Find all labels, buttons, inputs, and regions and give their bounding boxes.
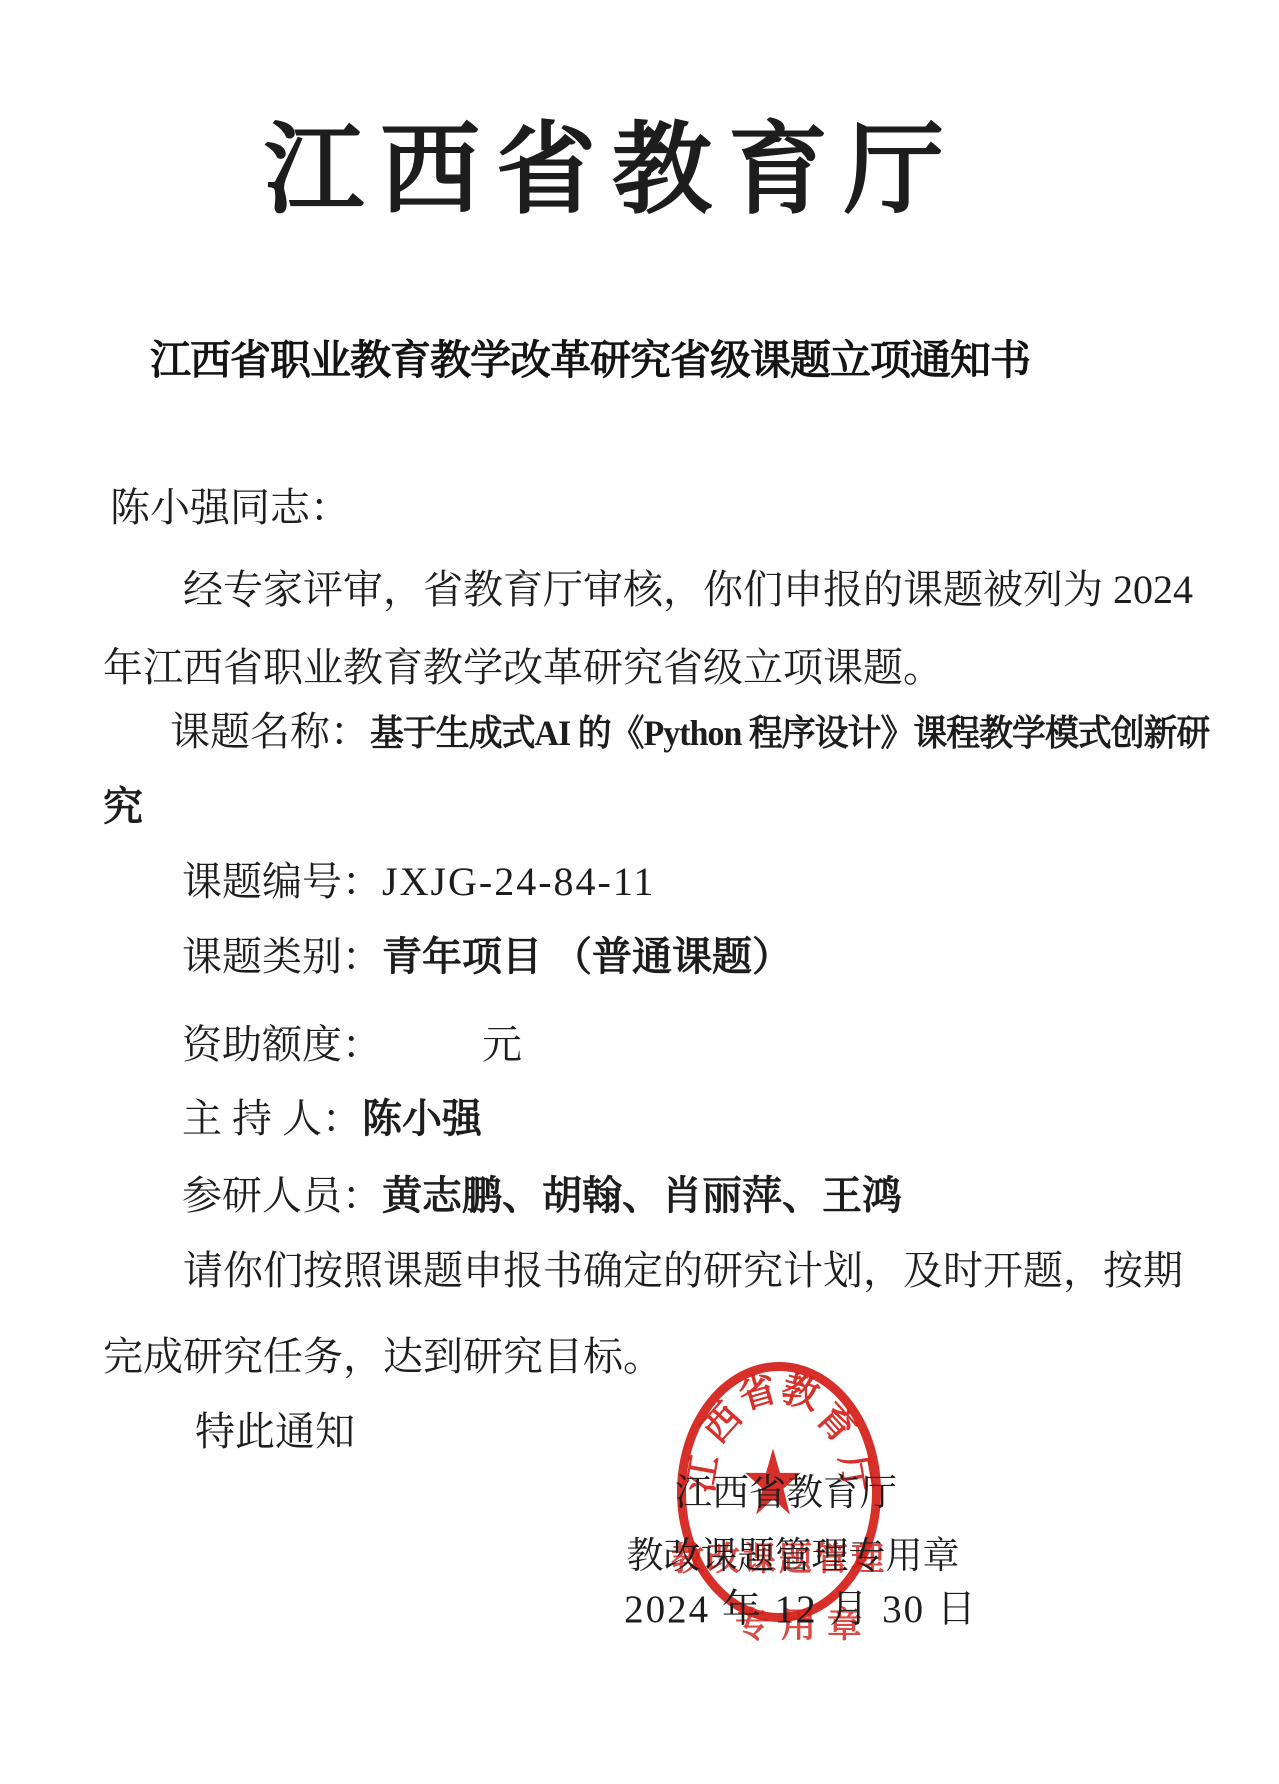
field-topic-value: 基于生成式AI 的《Python 程序设计》课程教学模式创新研 [370,714,1209,754]
field-leader-label: 主 持 人： [182,1096,362,1141]
field-number-label: 课题编号： [182,859,382,904]
field-funding-label: 资助额度： [182,1022,382,1067]
closing-statement: 特此通知 [195,1410,355,1454]
field-funding: 资助额度：元 [182,1023,522,1067]
field-category: 课题类别：青年项目 （普通课题） [182,935,792,979]
paragraph-1-line-1: 经专家评审，省教育厅审核，你们申报的课题被列为 2024 [183,568,1193,612]
field-topic: 课题名称：基于生成式AI 的《Python 程序设计》课程教学模式创新研 [170,710,1263,754]
paragraph-1-line-2: 年江西省职业教育教学改革研究省级立项课题。 [103,646,943,690]
field-topic-label: 课题名称： [170,709,370,754]
notice-title: 江西省职业教育教学改革研究省级课题立项通知书 [150,338,1030,383]
signature-org: 江西省教育厅 [675,1474,897,1515]
field-leader-value: 陈小强 [362,1096,482,1141]
field-topic-value-wrap: 究 [103,785,143,829]
field-number-value: JXJG-24-84-11 [382,859,655,904]
field-category-label: 课题类别： [182,934,382,979]
field-funding-value: 元 [482,1022,522,1067]
notice-document-page: 江西省教育厅 江西省职业教育教学改革研究省级课题立项通知书 陈小强同志： 经专家… [0,0,1279,1784]
field-leader: 主 持 人：陈小强 [182,1097,482,1141]
field-category-value: 青年项目 （普通课题） [382,934,792,979]
signature-seal-title: 教改课题管理专用章 [627,1537,960,1578]
salutation: 陈小强同志： [110,486,350,530]
paragraph-2-line-2: 完成研究任务，达到研究目标。 [103,1335,663,1379]
agency-title: 江西省教育厅 [264,118,960,223]
field-number: 课题编号：JXJG-24-84-11 [182,860,655,904]
field-members-value: 黄志鹏、胡翰、肖丽萍、王鸿 [382,1173,902,1218]
signature-date: 2024 年 12 月 30 日 [624,1589,978,1632]
field-members-label: 参研人员： [182,1173,382,1218]
paragraph-2-line-1: 请你们按照课题申报书确定的研究计划，及时开题，按期 [183,1249,1183,1293]
field-members: 参研人员：黄志鹏、胡翰、肖丽萍、王鸿 [182,1174,902,1218]
